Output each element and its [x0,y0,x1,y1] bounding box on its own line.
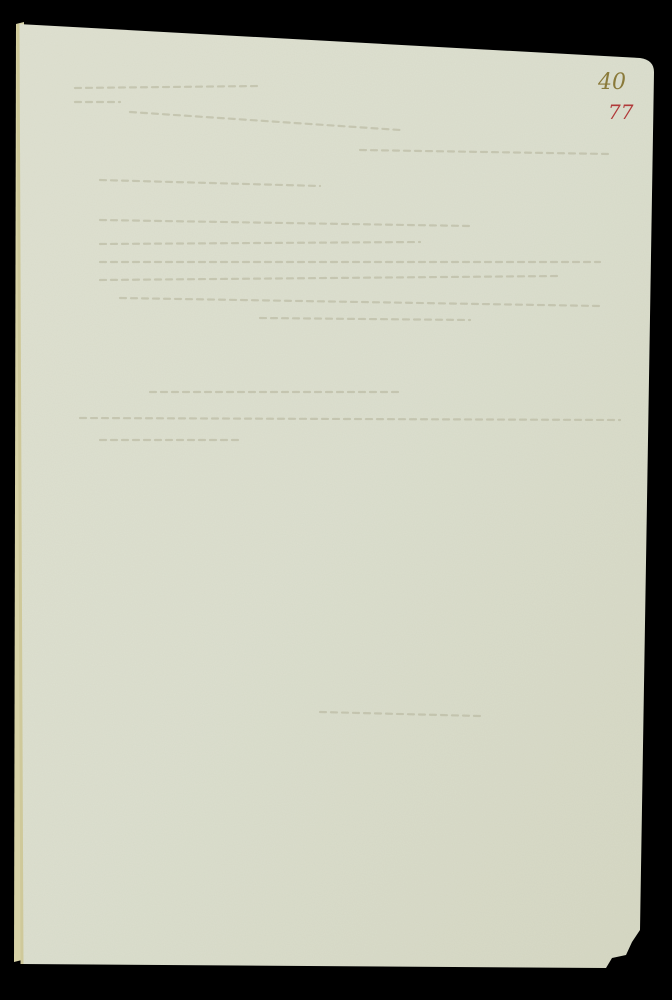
manuscript-page: 40 77 [0,0,672,1000]
paper-sheet [0,0,672,1000]
folio-number-red: 77 [608,100,633,124]
folio-number-ink: 40 [598,70,626,95]
